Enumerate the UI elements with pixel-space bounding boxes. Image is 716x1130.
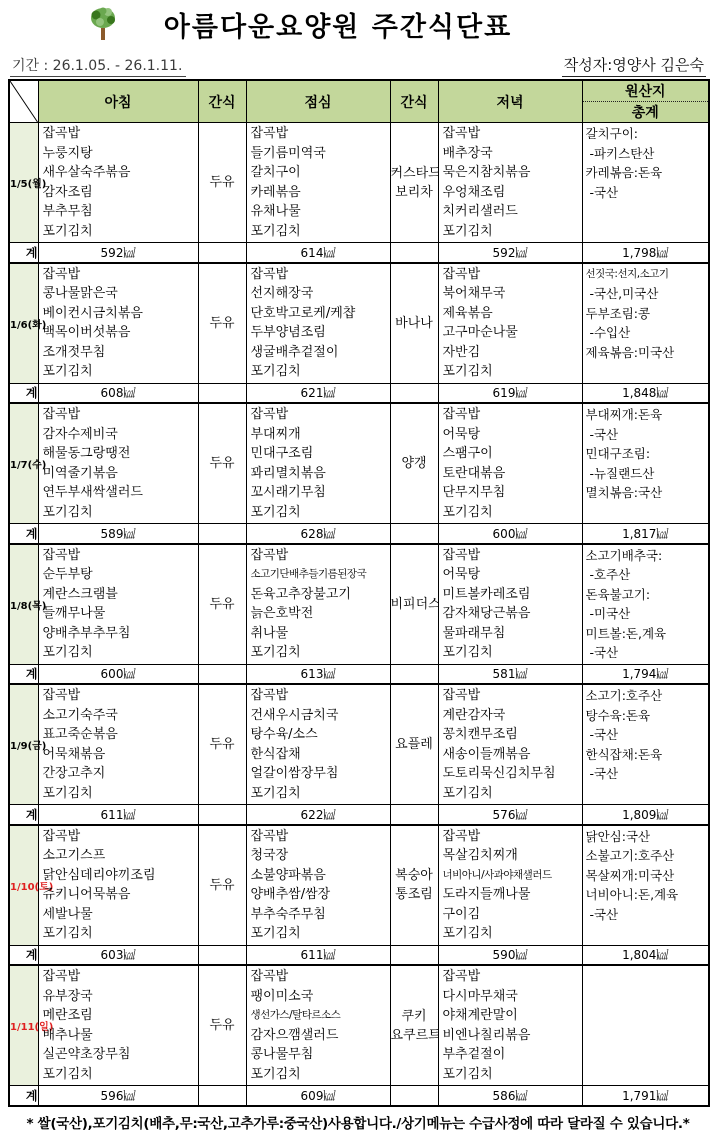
snack-pm-cell: 요플레 bbox=[390, 684, 438, 805]
kcal-breakfast: 600㎉ bbox=[38, 664, 198, 684]
kcal-lunch: 613㎉ bbox=[246, 664, 390, 684]
kcal-total: 1,794㎉ bbox=[582, 664, 709, 684]
snack-pm-cell: 비피더스 bbox=[390, 544, 438, 665]
kcal-row: 계603㎉611㎉590㎉1,804㎉ bbox=[9, 945, 709, 965]
snack-am-cell: 두유 bbox=[198, 403, 246, 524]
kcal-total: 1,817㎉ bbox=[582, 524, 709, 544]
kcal-row: 계592㎉614㎉592㎉1,798㎉ bbox=[9, 243, 709, 263]
lunch-cell: 잡곡밥팽이미소국생선가스/탈타르소스감자으깸샐러드콩나물무침포기김치 bbox=[246, 965, 390, 1086]
kcal-row: 계611㎉622㎉576㎉1,809㎉ bbox=[9, 805, 709, 825]
snack-pm-cell: 쿠키요쿠르트 bbox=[390, 965, 438, 1086]
date-cell: 1/9(금) bbox=[9, 684, 38, 805]
weekly-menu-table: 아침 간식 점심 간식 저녁 원산지 총계 1/5(월)잡곡밥누룽지탕새우살숙주… bbox=[8, 79, 710, 1107]
date-cell: 1/11(일) bbox=[9, 965, 38, 1086]
breakfast-cell: 잡곡밥순두부탕계란스크램블들깨무나물양배추부추무침포기김치 bbox=[38, 544, 198, 665]
total-label: 계 bbox=[9, 524, 38, 544]
kcal-spacer bbox=[198, 805, 246, 825]
kcal-breakfast: 603㎉ bbox=[38, 945, 198, 965]
corner-cell bbox=[9, 80, 38, 123]
total-label: 계 bbox=[9, 1086, 38, 1106]
kcal-dinner: 590㎉ bbox=[438, 945, 582, 965]
snack-am-cell: 두유 bbox=[198, 684, 246, 805]
origin-cell bbox=[582, 965, 709, 1086]
kcal-dinner: 581㎉ bbox=[438, 664, 582, 684]
lunch-cell: 잡곡밥청국장소불양파볶음양배추쌈/쌈장부추숙주무침포기김치 bbox=[246, 825, 390, 946]
kcal-total: 1,848㎉ bbox=[582, 383, 709, 403]
kcal-dinner: 576㎉ bbox=[438, 805, 582, 825]
breakfast-cell: 잡곡밥누룽지탕새우살숙주볶음감자조림부추무침포기김치 bbox=[38, 123, 198, 243]
total-header-label: 총계 bbox=[583, 102, 709, 122]
kcal-total: 1,791㎉ bbox=[582, 1086, 709, 1106]
kcal-breakfast: 596㎉ bbox=[38, 1086, 198, 1106]
snack-am-cell: 두유 bbox=[198, 544, 246, 665]
kcal-spacer bbox=[198, 1086, 246, 1106]
menu-table-body: 1/5(월)잡곡밥누룽지탕새우살숙주볶음감자조림부추무침포기김치두유잡곡밥들기름… bbox=[9, 123, 709, 1106]
lunch-cell: 잡곡밥소고기단배추들기름된장국돈육고추장불고기늙은호박전취나물포기김치 bbox=[246, 544, 390, 665]
snack-pm-cell: 커스타드보리차 bbox=[390, 123, 438, 243]
kcal-spacer bbox=[198, 524, 246, 544]
kcal-lunch: 622㎉ bbox=[246, 805, 390, 825]
kcal-row: 계589㎉628㎉600㎉1,817㎉ bbox=[9, 524, 709, 544]
kcal-spacer bbox=[198, 664, 246, 684]
menu-row: 1/10(토)잡곡밥소고기스프닭안심데리야끼조림쥬키니어묵볶음세발나물포기김치두… bbox=[9, 825, 709, 946]
kcal-dinner: 600㎉ bbox=[438, 524, 582, 544]
snack-am-cell: 두유 bbox=[198, 965, 246, 1086]
kcal-spacer bbox=[390, 524, 438, 544]
meta-row: 기간 : 26.1.05. - 26.1.11. 작성자:영양사 김은숙 bbox=[0, 54, 716, 78]
origin-cell: 갈치구이: -파키스탄산카레볶음:돈육 -국산 bbox=[582, 123, 709, 243]
origin-cell: 선짓국:선지,소고기 -국산,미국산두부조림:콩 -수입산제육볶음:미국산 bbox=[582, 263, 709, 384]
col-header-snack-am: 간식 bbox=[198, 80, 246, 123]
dinner-cell: 잡곡밥계란감자국꽁치캔무조림새송이들깨볶음도토리묵신김치무침포기김치 bbox=[438, 684, 582, 805]
page: 아름다운요양원 주간식단표 기간 : 26.1.05. - 26.1.11. 작… bbox=[0, 0, 716, 1130]
menu-row: 1/7(수)잡곡밥감자수제비국해물동그랑땡전미역줄기볶음연두부새싹샐러드포기김치… bbox=[9, 403, 709, 524]
total-label: 계 bbox=[9, 945, 38, 965]
menu-row: 1/8(목)잡곡밥순두부탕계란스크램블들깨무나물양배추부추무침포기김치두유잡곡밥… bbox=[9, 544, 709, 665]
menu-row: 1/9(금)잡곡밥소고기숙주국표고죽순볶음어묵채볶음간장고추지포기김치두유잡곡밥… bbox=[9, 684, 709, 805]
origin-cell: 소고기:호주산탕수육:돈육 -국산한식잡채:돈육 -국산 bbox=[582, 684, 709, 805]
dinner-cell: 잡곡밥다시마무채국야채계란말이비엔나칠리볶음부추겉절이포기김치 bbox=[438, 965, 582, 1086]
lunch-cell: 잡곡밥들기름미역국갈치구이카레볶음유채나물포기김치 bbox=[246, 123, 390, 243]
author-label: 작성자:영양사 김은숙 bbox=[562, 54, 706, 77]
kcal-lunch: 609㎉ bbox=[246, 1086, 390, 1106]
total-label: 계 bbox=[9, 243, 38, 263]
date-cell: 1/6(화) bbox=[9, 263, 38, 384]
dinner-cell: 잡곡밥어묵탕스팸구이토란대볶음단무지무침포기김치 bbox=[438, 403, 582, 524]
kcal-total: 1,798㎉ bbox=[582, 243, 709, 263]
breakfast-cell: 잡곡밥유부장국메란조림배추나물실곤약초장무침포기김치 bbox=[38, 965, 198, 1086]
title-band: 아름다운요양원 주간식단표 bbox=[0, 6, 716, 54]
kcal-breakfast: 611㎉ bbox=[38, 805, 198, 825]
breakfast-cell: 잡곡밥감자수제비국해물동그랑땡전미역줄기볶음연두부새싹샐러드포기김치 bbox=[38, 403, 198, 524]
kcal-spacer bbox=[198, 383, 246, 403]
kcal-breakfast: 608㎉ bbox=[38, 383, 198, 403]
snack-pm-cell: 복숭아통조림 bbox=[390, 825, 438, 946]
kcal-row: 계596㎉609㎉586㎉1,791㎉ bbox=[9, 1086, 709, 1106]
kcal-lunch: 621㎉ bbox=[246, 383, 390, 403]
date-cell: 1/5(월) bbox=[9, 123, 38, 243]
snack-am-cell: 두유 bbox=[198, 825, 246, 946]
kcal-dinner: 586㎉ bbox=[438, 1086, 582, 1106]
col-header-origin-total: 원산지 총계 bbox=[582, 80, 709, 123]
snack-pm-cell: 바나나 bbox=[390, 263, 438, 384]
col-header-breakfast: 아침 bbox=[38, 80, 198, 123]
diagonal-line bbox=[10, 81, 38, 122]
lunch-cell: 잡곡밥선지해장국단호박고로케/케챱두부양념조림생굴배추겉절이포기김치 bbox=[246, 263, 390, 384]
origin-header-label: 원산지 bbox=[583, 81, 709, 102]
dinner-cell: 잡곡밥북어채무국제육볶음고구마순나물자반김포기김치 bbox=[438, 263, 582, 384]
period-label: 기간 : 26.1.05. - 26.1.11. bbox=[10, 55, 186, 77]
menu-row: 1/6(화)잡곡밥콩나물맑은국베이컨시금치볶음백목이버섯볶음조개젓무침포기김치두… bbox=[9, 263, 709, 384]
origin-cell: 닭안심:국산소불고기:호주산목살찌개:미국산너비아니:돈,계육 -국산 bbox=[582, 825, 709, 946]
kcal-spacer bbox=[390, 945, 438, 965]
date-cell: 1/8(목) bbox=[9, 544, 38, 665]
date-cell: 1/7(수) bbox=[9, 403, 38, 524]
kcal-dinner: 592㎉ bbox=[438, 243, 582, 263]
kcal-spacer bbox=[390, 1086, 438, 1106]
snack-am-cell: 두유 bbox=[198, 123, 246, 243]
total-label: 계 bbox=[9, 383, 38, 403]
snack-am-cell: 두유 bbox=[198, 263, 246, 384]
date-cell: 1/10(토) bbox=[9, 825, 38, 946]
kcal-dinner: 619㎉ bbox=[438, 383, 582, 403]
menu-row: 1/11(일)잡곡밥유부장국메란조림배추나물실곤약초장무침포기김치두유잡곡밥팽이… bbox=[9, 965, 709, 1086]
kcal-spacer bbox=[390, 243, 438, 263]
col-header-snack-pm: 간식 bbox=[390, 80, 438, 123]
kcal-spacer bbox=[390, 383, 438, 403]
kcal-spacer bbox=[198, 243, 246, 263]
breakfast-cell: 잡곡밥소고기스프닭안심데리야끼조림쥬키니어묵볶음세발나물포기김치 bbox=[38, 825, 198, 946]
kcal-spacer bbox=[390, 664, 438, 684]
origin-cell: 부대찌개:돈육 -국산민대구조림: -뉴질랜드산멸치볶음:국산 bbox=[582, 403, 709, 524]
breakfast-cell: 잡곡밥소고기숙주국표고죽순볶음어묵채볶음간장고추지포기김치 bbox=[38, 684, 198, 805]
kcal-breakfast: 592㎉ bbox=[38, 243, 198, 263]
dinner-cell: 잡곡밥어묵탕미트볼카레조림감자채당근볶음물파래무침포기김치 bbox=[438, 544, 582, 665]
kcal-lunch: 614㎉ bbox=[246, 243, 390, 263]
kcal-row: 계600㎉613㎉581㎉1,794㎉ bbox=[9, 664, 709, 684]
kcal-spacer bbox=[390, 805, 438, 825]
col-header-dinner: 저녁 bbox=[438, 80, 582, 123]
footer-note: * 쌀(국산),포기김치(배추,무:국산,고추가루:중국산)사용합니다./상기메… bbox=[0, 1112, 716, 1130]
kcal-total: 1,809㎉ bbox=[582, 805, 709, 825]
kcal-lunch: 628㎉ bbox=[246, 524, 390, 544]
tree-icon bbox=[88, 6, 118, 42]
lunch-cell: 잡곡밥건새우시금치국탕수육/소스한식잡채얼갈이쌈장무침포기김치 bbox=[246, 684, 390, 805]
dinner-cell: 잡곡밥배추장국묵은지참치볶음우엉채조림치커리샐러드포기김치 bbox=[438, 123, 582, 243]
origin-cell: 소고기배추국: -호주산돈육불고기: -미국산미트볼:돈,계육 -국산 bbox=[582, 544, 709, 665]
kcal-total: 1,804㎉ bbox=[582, 945, 709, 965]
lunch-cell: 잡곡밥부대찌개민대구조림꽈리멸치볶음꼬시래기무침포기김치 bbox=[246, 403, 390, 524]
total-label: 계 bbox=[9, 805, 38, 825]
kcal-spacer bbox=[198, 945, 246, 965]
col-header-lunch: 점심 bbox=[246, 80, 390, 123]
kcal-row: 계608㎉621㎉619㎉1,848㎉ bbox=[9, 383, 709, 403]
snack-pm-cell: 양갱 bbox=[390, 403, 438, 524]
kcal-breakfast: 589㎉ bbox=[38, 524, 198, 544]
dinner-cell: 잡곡밥목살김치찌개너비아니/사과야채샐러드도라지들깨나물구이김포기김치 bbox=[438, 825, 582, 946]
kcal-lunch: 611㎉ bbox=[246, 945, 390, 965]
header-row: 아침 간식 점심 간식 저녁 원산지 총계 bbox=[9, 80, 709, 123]
menu-row: 1/5(월)잡곡밥누룽지탕새우살숙주볶음감자조림부추무침포기김치두유잡곡밥들기름… bbox=[9, 123, 709, 243]
total-label: 계 bbox=[9, 664, 38, 684]
breakfast-cell: 잡곡밥콩나물맑은국베이컨시금치볶음백목이버섯볶음조개젓무침포기김치 bbox=[38, 263, 198, 384]
